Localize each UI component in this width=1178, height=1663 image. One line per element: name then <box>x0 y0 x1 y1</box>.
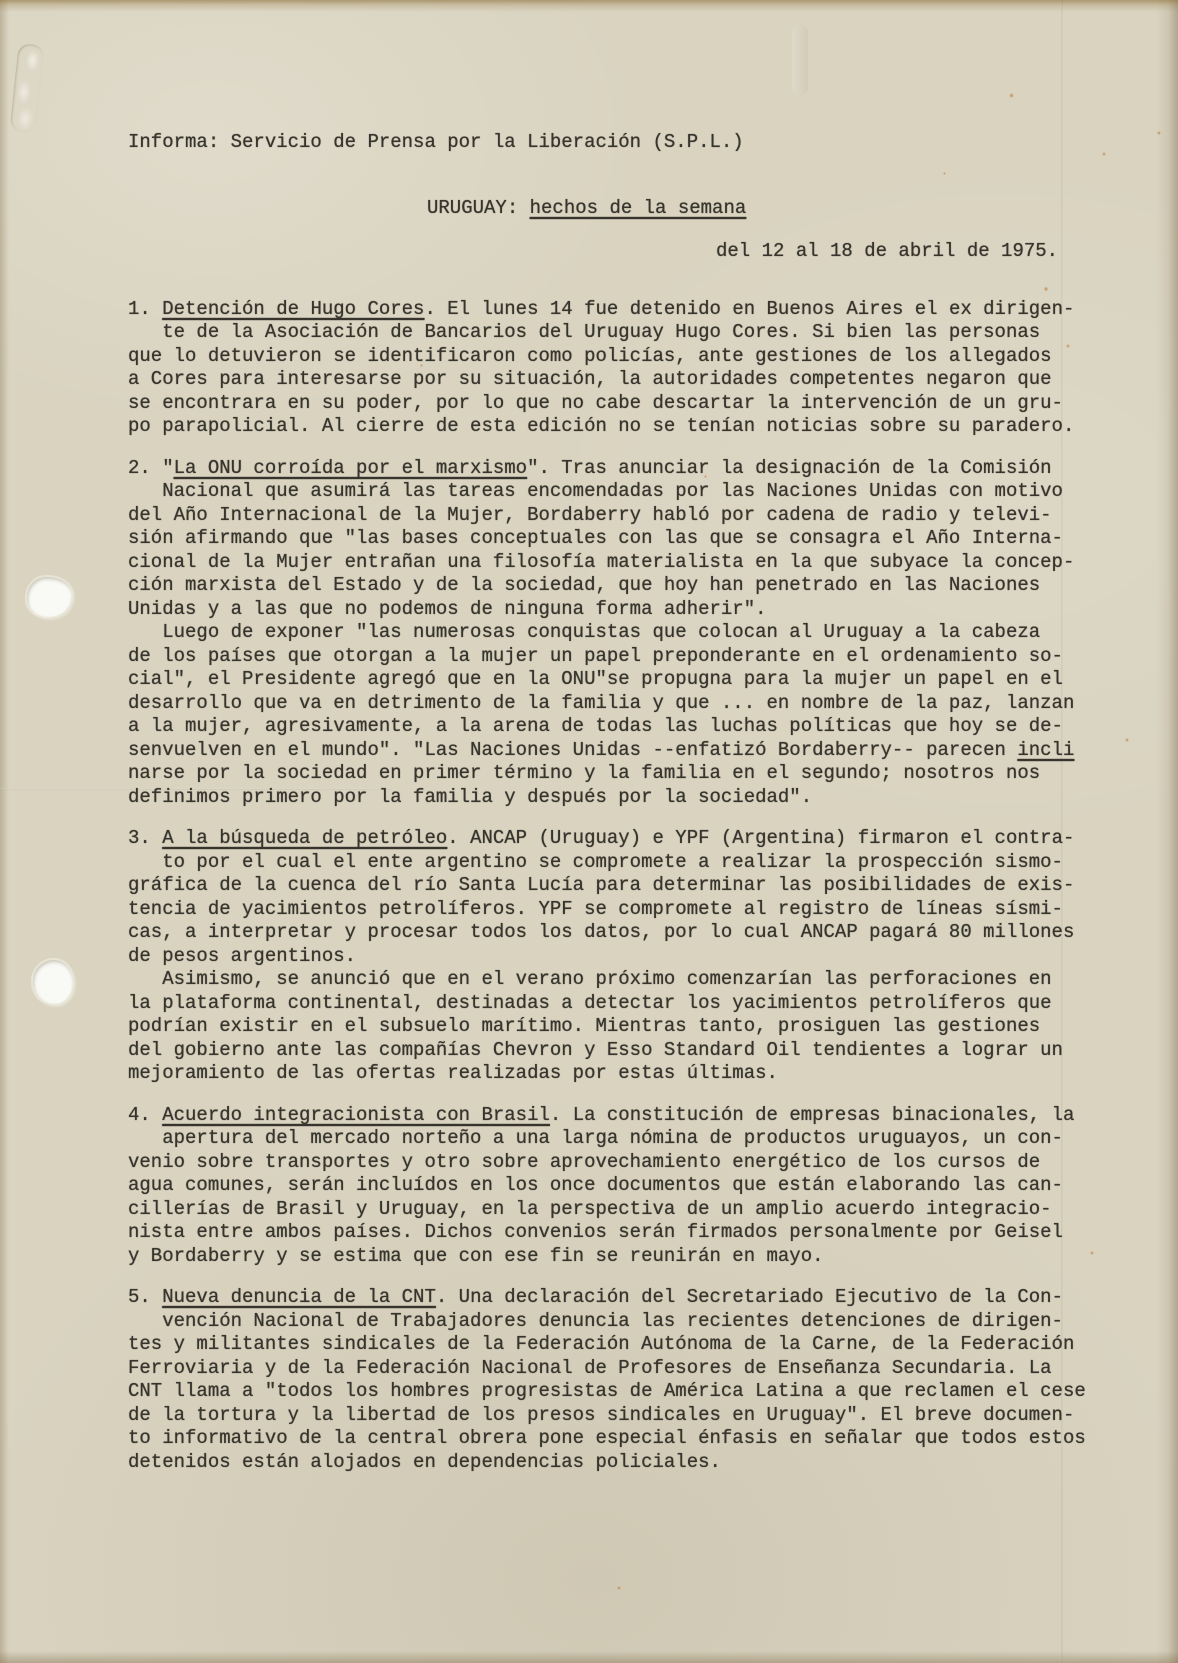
informa-line: Informa: Servicio de Prensa por la Liber… <box>128 131 1108 155</box>
scanned-document-page: Informa: Servicio de Prensa por la Liber… <box>0 0 1178 1663</box>
document-line: Nacional que asumirá las tareas encomend… <box>128 480 1108 504</box>
document-line: CNT llama a "todos los hombres progresis… <box>128 1380 1108 1404</box>
document-line: cial", el Presidente agregó que en la ON… <box>128 668 1108 692</box>
document-line: Luego de exponer "las numerosas conquist… <box>128 621 1108 645</box>
document-line: del gobierno ante las compañías Chevron … <box>128 1039 1108 1063</box>
document-line: vención Nacional de Trabajadores denunci… <box>128 1310 1108 1334</box>
document-line: Unidas y a las que no podemos de ninguna… <box>128 598 1108 622</box>
document-line: 3. A la búsqueda de petróleo. ANCAP (Uru… <box>128 827 1108 851</box>
news-item-1: 1. Detención de Hugo Cores. El lunes 14 … <box>128 298 1108 439</box>
staple-mark <box>9 43 44 133</box>
document-line: 1. Detención de Hugo Cores. El lunes 14 … <box>128 298 1108 322</box>
document-line: venio sobre transportes y otro sobre apr… <box>128 1151 1108 1175</box>
document-line: sión afirmando que "las bases conceptual… <box>128 527 1108 551</box>
document-line: desarrollo que va en detrimento de la fa… <box>128 692 1108 716</box>
title-underlined: hechos de la semana <box>530 197 747 219</box>
document-line: podrían existir en el subsuelo marítimo.… <box>128 1015 1108 1039</box>
page-title: URUGUAY: hechos de la semana <box>427 197 1108 221</box>
news-items: 1. Detención de Hugo Cores. El lunes 14 … <box>128 298 1108 1475</box>
document-line: apertura del mercado norteño a una larga… <box>128 1127 1108 1151</box>
document-line: la plataforma continental, destinadas a … <box>128 992 1108 1016</box>
document-line: ción marxista del Estado y de la socieda… <box>128 574 1108 598</box>
foxing-speck <box>1125 738 1129 742</box>
document-line: senvuelven en el mundo". "Las Naciones U… <box>128 739 1108 763</box>
foxing-speck <box>1157 131 1161 135</box>
document-line: nista entre ambos países. Dichos conveni… <box>128 1221 1108 1245</box>
document-line: cional de la Mujer entrañan una filosofí… <box>128 551 1108 575</box>
document-line: to por el cual el ente argentino se comp… <box>128 851 1108 875</box>
document-line: Ferroviaria y de la Federación Nacional … <box>128 1357 1108 1381</box>
title-prefix: URUGUAY: <box>427 197 530 219</box>
document-line: de pesos argentinos. <box>128 945 1108 969</box>
document-line: definimos primero por la familia y despu… <box>128 786 1108 810</box>
document-line: mejoramiento de las ofertas realizadas p… <box>128 1062 1108 1086</box>
document-line: y Bordaberry y se estima que con ese fin… <box>128 1245 1108 1269</box>
document-line: tes y militantes sindicales de la Federa… <box>128 1333 1108 1357</box>
news-item-5: 5. Nueva denuncia de la CNT. Una declara… <box>128 1286 1108 1474</box>
document-line: 2. "La ONU corroída por el marxismo". Tr… <box>128 457 1108 481</box>
punch-hole <box>33 960 73 1004</box>
document-line: de la tortura y la libertad de los preso… <box>128 1404 1108 1428</box>
paper-crease <box>792 24 808 96</box>
document-line: 5. Nueva denuncia de la CNT. Una declara… <box>128 1286 1108 1310</box>
document-line: del Año Internacional de la Mujer, Borda… <box>128 504 1108 528</box>
document-line: a la mujer, agresivamente, a la arena de… <box>128 715 1108 739</box>
foxing-speck <box>617 1586 621 1590</box>
document-line: tencia de yacimientos petrolíferos. YPF … <box>128 898 1108 922</box>
news-item-4: 4. Acuerdo integracionista con Brasil. L… <box>128 1104 1108 1269</box>
document-line: to informativo de la central obrera pone… <box>128 1427 1108 1451</box>
document-line: cas, a interpretar y procesar todos los … <box>128 921 1108 945</box>
document-line: Asimismo, se anunció que en el verano pr… <box>128 968 1108 992</box>
document-line: se encontrara en su poder, por lo que no… <box>128 392 1108 416</box>
document-line: a Cores para interesarse por su situació… <box>128 368 1108 392</box>
typed-content: Informa: Servicio de Prensa por la Liber… <box>128 131 1108 1492</box>
document-line: que lo detuvieron se identificaron como … <box>128 345 1108 369</box>
news-item-3: 3. A la búsqueda de petróleo. ANCAP (Uru… <box>128 827 1108 1086</box>
document-line: narse por la sociedad en primer término … <box>128 762 1108 786</box>
foxing-speck <box>1009 93 1014 98</box>
document-line: gráfica de la cuenca del río Santa Lucía… <box>128 874 1108 898</box>
document-line: te de la Asociación de Bancarios del Uru… <box>128 321 1108 345</box>
document-line: de los países que otorgan a la mujer un … <box>128 645 1108 669</box>
document-line: 4. Acuerdo integracionista con Brasil. L… <box>128 1104 1108 1128</box>
document-line: detenidos están alojados en dependencias… <box>128 1451 1108 1475</box>
news-item-2: 2. "La ONU corroída por el marxismo". Tr… <box>128 457 1108 810</box>
document-line: po parapolicial. Al cierre de esta edici… <box>128 415 1108 439</box>
document-line: agua comunes, serán incluídos en los onc… <box>128 1174 1108 1198</box>
date-line: del 12 al 18 de abril de 1975. <box>716 240 1108 264</box>
document-line: cillerías de Brasil y Uruguay, en la per… <box>128 1198 1108 1222</box>
punch-hole <box>27 577 72 617</box>
